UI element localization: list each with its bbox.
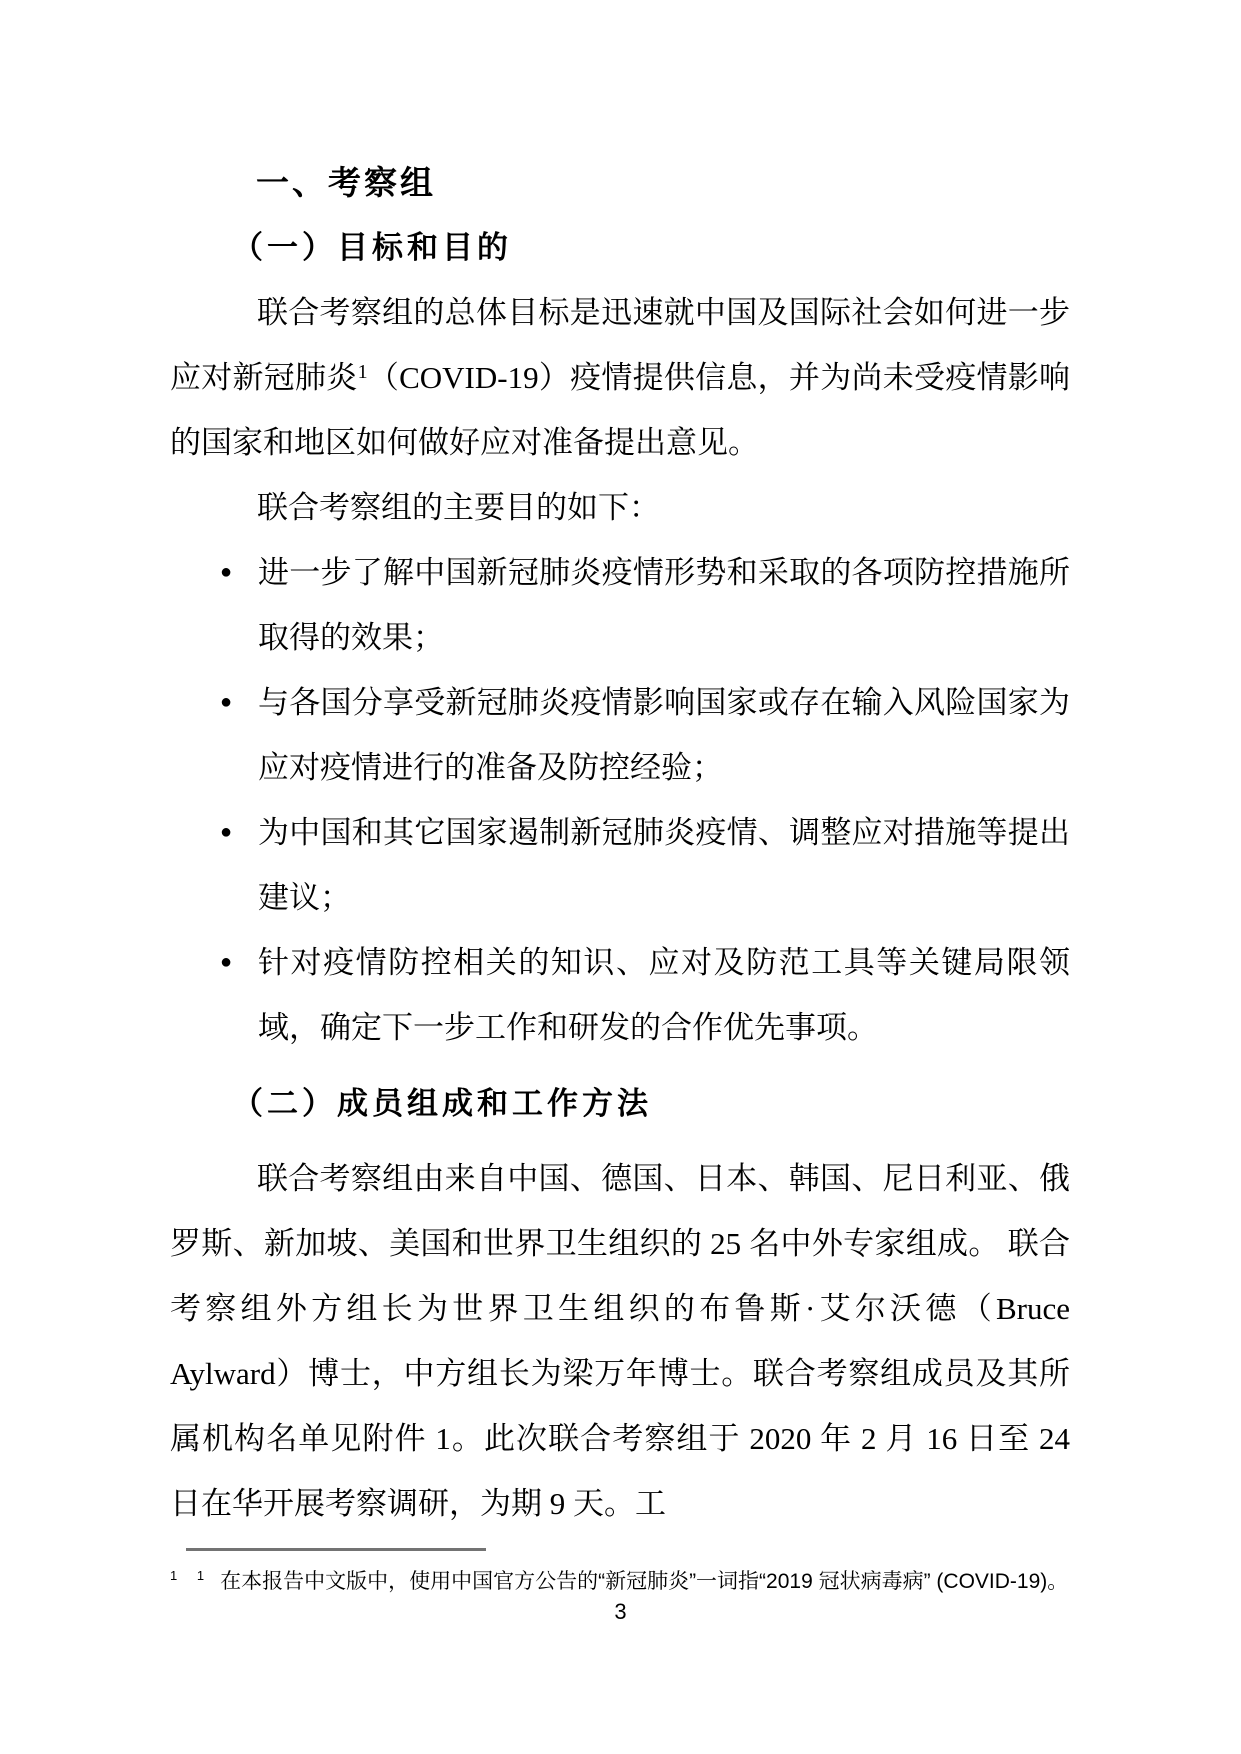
footnote-area: 1 1在本报告中文版中，使用中国官方公告的“新冠肺炎”一词指“2019 冠状病毒… [170,1548,1070,1597]
list-item: ● 针对疫情防控相关的知识、应对及防范工具等关键局限领域，确定下一步工作和研发的… [170,930,1070,1060]
footnote-marker: 1 1 [170,1568,212,1583]
list-item: ● 进一步了解中国新冠肺炎疫情形势和采取的各项防控措施所取得的效果； [170,540,1070,670]
bullet-icon: ● [220,930,232,995]
list-item-text: 针对疫情防控相关的知识、应对及防范工具等关键局限领域，确定下一步工作和研发的合作… [258,945,1070,1045]
page-number: 3 [0,1597,1241,1627]
footnote-line: 1 1在本报告中文版中，使用中国官方公告的“新冠肺炎”一词指“2019 冠状病毒… [170,1561,1070,1597]
list-item: ● 为中国和其它国家遏制新冠肺炎疫情、调整应对措施等提出建议； [170,800,1070,930]
footnote-text: 在本报告中文版中，使用中国官方公告的“新冠肺炎”一词指“2019 冠状病毒病” … [220,1570,1068,1593]
list-item-text: 进一步了解中国新冠肺炎疫情形势和采取的各项防控措施所取得的效果； [258,555,1070,655]
footnote-reference: 1 [358,361,368,383]
list-item-text: 为中国和其它国家遏制新冠肺炎疫情、调整应对措施等提出建议； [258,815,1070,915]
list-item-text: 与各国分享受新冠肺炎疫情影响国家或存在输入风险国家为应对疫情进行的准备及防控经验… [258,685,1070,785]
document-page: 一、考察组 （一）目标和目的 联合考察组的总体目标是迅速就中国及国际社会如何进一… [0,0,1241,1754]
text-column: 一、考察组 （一）目标和目的 联合考察组的总体目标是迅速就中国及国际社会如何进一… [170,150,1070,1536]
bullet-icon: ● [220,800,232,865]
paragraph-team-composition: 联合考察组由来自中国、德国、日本、韩国、尼日利亚、俄罗斯、新加坡、美国和世界卫生… [170,1146,1070,1536]
subsection-heading-1-2: （二）成员组成和工作方法 [170,1071,1070,1136]
paragraph-purposes-intro: 联合考察组的主要目的如下： [170,475,1070,540]
footnote-separator [186,1548,486,1551]
bullet-icon: ● [220,540,232,605]
subsection-heading-1-1: （一）目标和目的 [170,215,1070,280]
list-item: ● 与各国分享受新冠肺炎疫情影响国家或存在输入风险国家为应对疫情进行的准备及防控… [170,670,1070,800]
paragraph-objectives: 联合考察组的总体目标是迅速就中国及国际社会如何进一步应对新冠肺炎1（COVID-… [170,280,1070,475]
bullet-icon: ● [220,670,232,735]
section-heading-1: 一、考察组 [170,150,1070,215]
objectives-list: ● 进一步了解中国新冠肺炎疫情形势和采取的各项防控措施所取得的效果； ● 与各国… [170,540,1070,1060]
